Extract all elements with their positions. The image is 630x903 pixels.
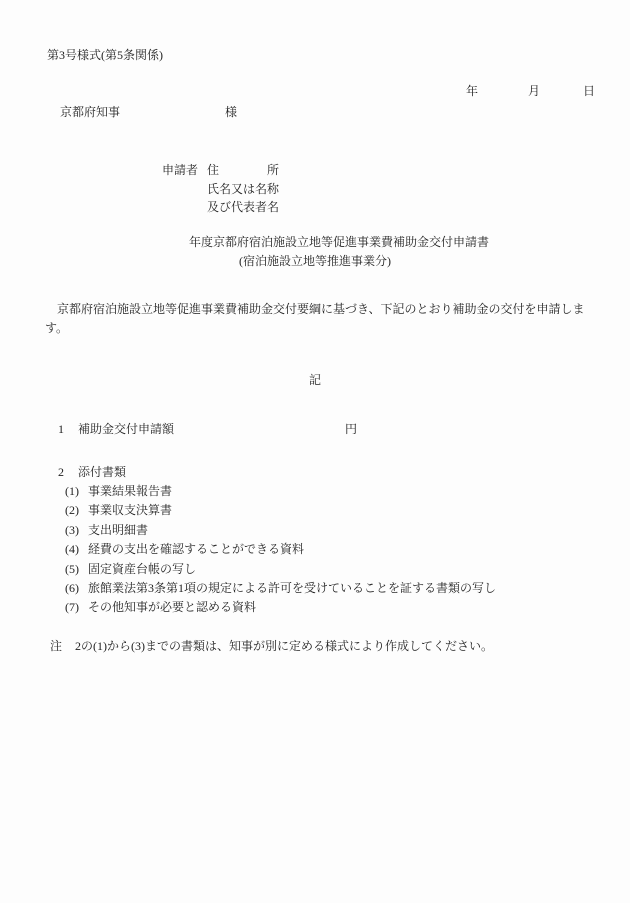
attachment-item: (1)事業結果報告書 — [0, 482, 630, 501]
attachment-number: (3) — [65, 521, 88, 540]
note-line: 注2の(1)から(3)までの書類は、知事が別に定める様式により作成してください。 — [0, 637, 630, 656]
record-heading: 記 — [0, 371, 630, 390]
applicant-representative-label: 及び代表者名 — [207, 198, 279, 217]
attachment-item: (7)その他知事が必要と認める資料 — [0, 598, 630, 617]
attachment-number: (7) — [65, 598, 88, 617]
addressee-honorific: 様 — [225, 105, 237, 119]
form-number-label: 第3号様式(第5条関係) — [47, 46, 163, 65]
attachment-text: 事業収支決算書 — [88, 503, 172, 517]
application-form-page: 第3号様式(第5条関係) 年 月 日 京都府知事 様 申請者 住 所 氏名又は名… — [0, 0, 630, 903]
document-title: 年度京都府宿泊施設立地等促進事業費補助金交付申請書 (宿泊施設立地等推進事業分) — [0, 233, 630, 270]
attachment-number: (2) — [65, 501, 88, 520]
date-day-label: 日 — [583, 82, 595, 101]
attachment-number: (1) — [65, 482, 88, 501]
attachment-item: (4)経費の支出を確認することができる資料 — [0, 540, 630, 559]
item1-label: 補助金交付申請額 — [78, 422, 174, 436]
document-title-line1: 年度京都府宿泊施設立地等促進事業費補助金交付申請書 — [24, 233, 630, 252]
date-month-blank — [540, 94, 583, 95]
addressee-line: 京都府知事 様 — [60, 103, 237, 122]
addressee-name: 京都府知事 — [60, 105, 120, 119]
applicant-address-label: 住 所 — [207, 161, 279, 180]
attachment-text: その他知事が必要と認める資料 — [88, 600, 256, 614]
body-paragraph-line1: 京都府宿泊施設立地等促進事業費補助金交付要綱に基づき、下記のとおり補助金の交付を… — [45, 300, 625, 319]
applicant-fields: 住 所 氏名又は名称 及び代表者名 — [207, 161, 279, 217]
note-text: 2の(1)から(3)までの書類は、知事が別に定める様式により作成してください。 — [75, 639, 493, 653]
applicant-name-label: 氏名又は名称 — [207, 180, 279, 199]
note-label: 注 — [50, 637, 75, 656]
date-year-label: 年 — [466, 82, 478, 101]
date-month-label: 月 — [528, 82, 540, 101]
attachment-item: (6)旅館業法第3条第1項の規定による許可を受けていることを証する書類の写し — [0, 579, 630, 598]
attachment-text: 旅館業法第3条第1項の規定による許可を受けていることを証する書類の写し — [88, 581, 496, 595]
date-year-blank — [478, 94, 528, 95]
item1-number: 1 — [58, 422, 64, 436]
date-line: 年 月 日 — [466, 82, 595, 101]
applicant-block: 申請者 住 所 氏名又は名称 及び代表者名 — [162, 161, 279, 217]
attachments-list: (1)事業結果報告書 (2)事業収支決算書 (3)支出明細書 (4)経費の支出を… — [0, 482, 630, 618]
attachment-item: (5)固定資産台帳の写し — [0, 560, 630, 579]
attachment-number: (4) — [65, 540, 88, 559]
item-attachments-header: 2 添付書類 — [0, 463, 630, 482]
attachment-number: (5) — [65, 560, 88, 579]
item-application-amount: 1 補助金交付申請額 円 — [0, 420, 630, 439]
document-title-subtitle: (宿泊施設立地等推進事業分) — [0, 252, 630, 271]
item1-unit-yen: 円 — [345, 420, 357, 439]
body-paragraph: 京都府宿泊施設立地等促進事業費補助金交付要綱に基づき、下記のとおり補助金の交付を… — [45, 300, 625, 337]
attachment-number: (6) — [65, 579, 88, 598]
attachment-text: 経費の支出を確認することができる資料 — [88, 542, 304, 556]
item2-number: 2 — [58, 465, 64, 479]
attachment-item: (2)事業収支決算書 — [0, 501, 630, 520]
item2-label: 添付書類 — [78, 465, 126, 479]
attachment-item: (3)支出明細書 — [0, 521, 630, 540]
attachment-text: 事業結果報告書 — [88, 484, 172, 498]
applicant-label: 申請者 — [162, 161, 198, 217]
attachment-text: 支出明細書 — [88, 523, 148, 537]
body-paragraph-line2: す。 — [45, 319, 625, 338]
attachment-text: 固定資産台帳の写し — [88, 562, 196, 576]
